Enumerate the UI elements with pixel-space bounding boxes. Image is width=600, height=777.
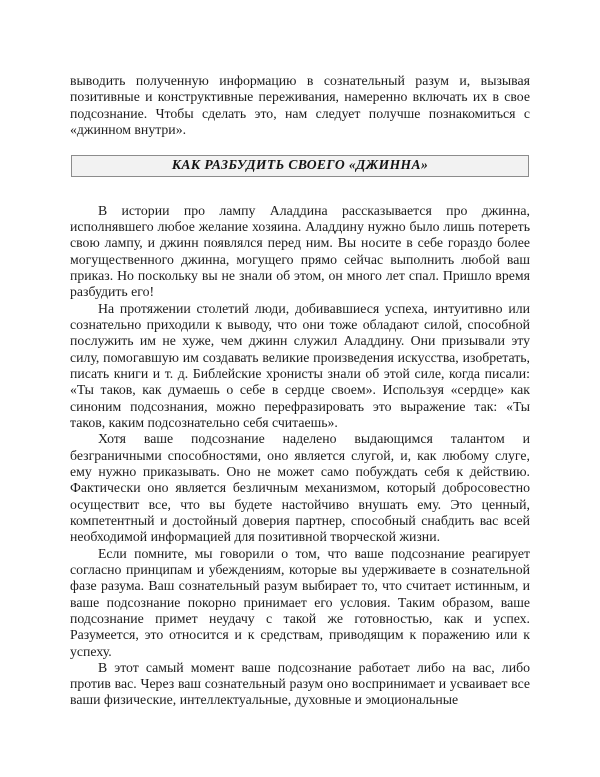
section-heading-box: КАК РАЗБУДИТЬ СВОЕГО «ДЖИННА» bbox=[71, 155, 529, 176]
body-paragraph-3: Хотя ваше подсознание наделено выдающимс… bbox=[70, 431, 530, 545]
body-paragraph-1: В истории про лампу Аладдина рассказывае… bbox=[70, 203, 530, 301]
book-page: выводить полученную информацию в сознате… bbox=[0, 0, 600, 777]
body-paragraph-2: На протяжении столетий люди, добивавшиес… bbox=[70, 301, 530, 432]
section-heading: КАК РАЗБУДИТЬ СВОЕГО «ДЖИННА» bbox=[172, 157, 428, 172]
body-paragraph-5: В этот самый момент ваше подсознание раб… bbox=[70, 660, 530, 709]
intro-paragraph: выводить полученную информацию в сознате… bbox=[70, 73, 530, 138]
body-paragraph-4: Если помните, мы говорили о том, что ваш… bbox=[70, 546, 530, 660]
